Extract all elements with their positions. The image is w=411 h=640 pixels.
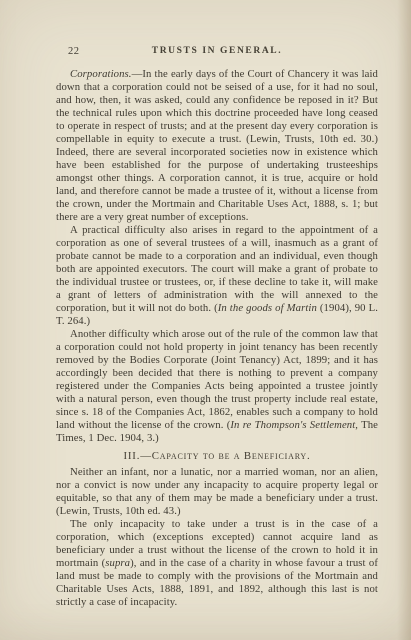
text-segment: A practical difficulty also arises in re… bbox=[56, 224, 378, 314]
running-header-title: TRUSTS IN GENERAL. bbox=[56, 46, 378, 56]
italic-text-segment: In re Thompson's Settlement bbox=[230, 419, 355, 431]
page-edge-shadow bbox=[397, 0, 411, 640]
paragraph: Another difficulty which arose out of th… bbox=[56, 328, 378, 445]
section-heading: III.—Capacity to be a Beneficiary. bbox=[56, 450, 378, 463]
paragraph: Neither an infant, nor a lunatic, nor a … bbox=[56, 466, 378, 518]
text-segment: Another difficulty which arose out of th… bbox=[56, 328, 378, 431]
text-segment: —In the early days of the Court of Chanc… bbox=[56, 68, 378, 223]
paragraph: Corporations.—In the early days of the C… bbox=[56, 68, 378, 224]
italic-text-segment: In the goods of Martin bbox=[218, 302, 317, 314]
paragraph: A practical difficulty also arises in re… bbox=[56, 224, 378, 328]
text-segment: Neither an infant, nor a lunatic, nor a … bbox=[56, 466, 378, 517]
italic-text-segment: Corporations. bbox=[70, 68, 132, 80]
italic-text-segment: supra bbox=[105, 557, 130, 569]
page-number: 22 bbox=[68, 46, 80, 57]
book-page: 22 TRUSTS IN GENERAL. Corporations.—In t… bbox=[0, 0, 411, 640]
page-body: Corporations.—In the early days of the C… bbox=[56, 68, 378, 609]
paragraph: The only incapacity to take under a trus… bbox=[56, 518, 378, 609]
running-header: 22 TRUSTS IN GENERAL. bbox=[56, 46, 378, 60]
